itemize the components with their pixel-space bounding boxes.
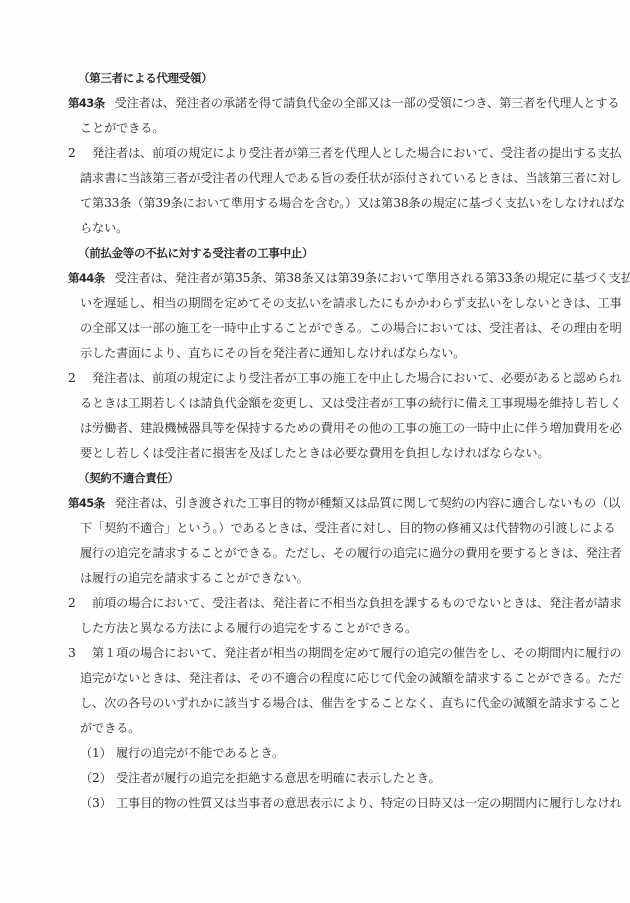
- section-heading-44: （前払金等の不払に対する受注者の工事中止）: [68, 241, 538, 266]
- article-43-line-1: 第43条受注者は、発注者の承諾を得て請負代金の全部又は一部の受領につき、第三者を…: [68, 91, 538, 116]
- paragraph-45-2-line-1: 2前項の場合において、受注者は、発注者に不相当な負担を課するものでないときは、発…: [68, 591, 538, 616]
- article-44-line-4: 示した書面により、直ちにその旨を発注者に通知しなければならない。: [68, 341, 538, 366]
- paragraph-45-3-line-3: し、次の各号のいずれかに該当する場合は、催告をすることなく、直ちに代金の減額を請…: [68, 691, 538, 716]
- paragraph-number: 3: [68, 641, 92, 666]
- paragraph-number: 2: [68, 591, 92, 616]
- article-text: 発注者は、引き渡された工事目的物が種類又は品質に関して契約の内容に適合しないもの…: [115, 496, 621, 510]
- paragraph-44-2-line-3: は労働者、建設機械器具等を保持するための費用その他の工事の施工の一時中止に伴う増…: [68, 416, 538, 441]
- paragraph-44-2-line-4: 要とし若しくは受注者に損害を及ぼしたときは必要な費用を負担しなければならない。: [68, 441, 538, 466]
- article-43-line-2: ことができる。: [68, 116, 538, 141]
- paragraph-43-2-line-1: 2発注者は、前項の規定により受注者が第三者を代理人とした場合において、受注者の提…: [68, 141, 538, 166]
- paragraph-45-2-line-2: した方法と異なる方法による履行の追完をすることができる。: [68, 616, 538, 641]
- item-number: （1）: [68, 741, 116, 766]
- paragraph-number: 2: [68, 141, 92, 166]
- item-text: 履行の追完が不能であるとき。: [116, 746, 284, 760]
- item-text: 工事目的物の性質又は当事者の意思表示により、特定の日時又は一定の期間内に履行しな…: [116, 796, 622, 810]
- section-heading-43: （第三者による代理受領）: [68, 66, 538, 91]
- paragraph-44-2-line-2: るときは工期若しくは請負代金額を変更し、又は受注者が工事の続行に備え工事現場を維…: [68, 391, 538, 416]
- article-45-line-1: 第45条発注者は、引き渡された工事目的物が種類又は品質に関して契約の内容に適合し…: [68, 491, 538, 516]
- document-body: （第三者による代理受領） 第43条受注者は、発注者の承諾を得て請負代金の全部又は…: [68, 66, 538, 816]
- article-45-line-3: 履行の追完を請求することができる。ただし、その履行の追完に過分の費用を要するとき…: [68, 541, 538, 566]
- article-number-45: 第45条: [68, 496, 105, 510]
- paragraph-45-3-line-2: 追完がないときは、発注者は、その不適合の程度に応じて代金の減額を請求することがで…: [68, 666, 538, 691]
- paragraph-text: 発注者は、前項の規定により受注者が第三者を代理人とした場合において、受注者の提出…: [92, 146, 621, 160]
- paragraph-text: 第１項の場合において、発注者が相当の期間を定めて履行の追完の催告をし、その期間内…: [92, 646, 621, 660]
- item-number: （2）: [68, 766, 116, 791]
- paragraph-44-2-line-1: 2発注者は、前項の規定により受注者が工事の施工を中止した場合において、必要がある…: [68, 366, 538, 391]
- article-44-line-3: の全部又は一部の施工を一時中止することができる。この場合においては、受注者は、そ…: [68, 316, 538, 341]
- list-item-1: （1）履行の追完が不能であるとき。: [68, 741, 538, 766]
- item-number: （3）: [68, 791, 116, 816]
- article-number-43: 第43条: [68, 96, 105, 110]
- paragraph-45-3-line-4: ができる。: [68, 716, 538, 741]
- article-44-line-1: 第44条受注者は、発注者が第35条、第38条又は第39条において準用される第33…: [68, 266, 538, 291]
- item-text: 受注者が履行の追完を拒絶する意思を明確に表示したとき。: [116, 771, 441, 785]
- paragraph-43-2-line-4: らない。: [68, 216, 538, 241]
- paragraph-text: 前項の場合において、受注者は、発注者に不相当な負担を課するものでないときは、発注…: [92, 596, 621, 610]
- article-45-line-2: 下「契約不適合」という。）であるときは、受注者に対し、目的物の修補又は代替物の引…: [68, 516, 538, 541]
- list-item-2: （2）受注者が履行の追完を拒絶する意思を明確に表示したとき。: [68, 766, 538, 791]
- list-item-3: （3）工事目的物の性質又は当事者の意思表示により、特定の日時又は一定の期間内に履…: [68, 791, 538, 816]
- article-45-line-4: は履行の追完を請求することができない。: [68, 566, 538, 591]
- paragraph-43-2-line-3: て第33条（第39条において準用する場合を含む。）又は第38条の規定に基づく支払…: [68, 191, 538, 216]
- paragraph-43-2-line-2: 請求書に当該第三者が受注者の代理人である旨の委任状が添付されているときは、当該第…: [68, 166, 538, 191]
- article-44-line-2: いを遅延し、相当の期間を定めてその支払いを請求したにもかかわらず支払いをしないと…: [68, 291, 538, 316]
- section-heading-45: （契約不適合責任）: [68, 466, 538, 491]
- paragraph-text: 発注者は、前項の規定により受注者が工事の施工を中止した場合において、必要があると…: [92, 371, 621, 385]
- document-page: （第三者による代理受領） 第43条受注者は、発注者の承諾を得て請負代金の全部又は…: [0, 0, 630, 903]
- article-number-44: 第44条: [68, 271, 105, 285]
- article-text: 受注者は、発注者が第35条、第38条又は第39条において準用される第33条の規定…: [115, 271, 630, 285]
- paragraph-number: 2: [68, 366, 92, 391]
- paragraph-45-3-line-1: 3第１項の場合において、発注者が相当の期間を定めて履行の追完の催告をし、その期間…: [68, 641, 538, 666]
- article-text: 受注者は、発注者の承諾を得て請負代金の全部又は一部の受領につき、第三者を代理人と…: [115, 96, 620, 110]
